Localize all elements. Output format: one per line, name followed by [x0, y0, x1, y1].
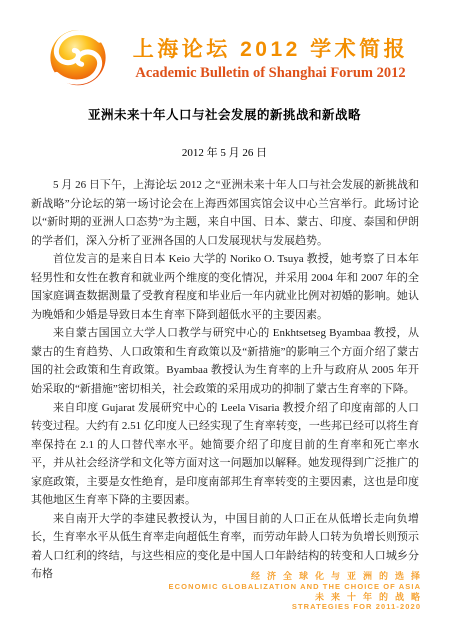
footer-slogan-en-1: ECONOMIC GLOBALIZATION AND THE CHOICE OF…	[169, 582, 422, 592]
header-titles: 上海论坛 2012 学术简报 Academic Bulletin of Shan…	[120, 33, 449, 82]
bulletin-header: 上海论坛 2012 学术简报 Academic Bulletin of Shan…	[48, 27, 449, 87]
bulletin-page: 上海论坛 2012 学术简报 Academic Bulletin of Shan…	[0, 0, 449, 630]
shanghai-forum-logo-icon	[48, 27, 108, 87]
body-paragraph-4: 来自印度 Gujarat 发展研究中心的 Leela Visaria 教授介绍了…	[31, 399, 419, 510]
document-date: 2012 年 5 月 26 日	[0, 144, 449, 160]
body-paragraph-1: 5 月 26 日下午，上海论坛 2012 之“亚洲未来十年人口与社会发展的新挑战…	[31, 176, 419, 250]
document-title: 亚洲未来十年人口与社会发展的新挑战和新战略	[0, 105, 449, 123]
footer-slogan-en-2: STRATEGIES FOR 2011-2020	[169, 602, 422, 612]
footer-slogan-cn-1: 经济全球化与亚洲的选择	[169, 571, 427, 582]
document-body: 5 月 26 日下午，上海论坛 2012 之“亚洲未来十年人口与社会发展的新挑战…	[31, 176, 419, 584]
forum-title-english: Academic Bulletin of Shanghai Forum 2012	[120, 65, 421, 82]
body-paragraph-3: 来自蒙古国国立大学人口教学与研究中心的 Enkhtsetseg Byambaa …	[31, 324, 419, 398]
forum-title-chinese: 上海论坛 2012 学术简报	[120, 33, 421, 63]
body-paragraph-2: 首位发言的是来自日本 Keio 大学的 Noriko O. Tsuya 教授，她…	[31, 250, 419, 324]
footer-slogan: 经济全球化与亚洲的选择 ECONOMIC GLOBALIZATION AND T…	[169, 571, 420, 612]
footer-slogan-cn-2: 未来十年的战略	[169, 592, 427, 603]
